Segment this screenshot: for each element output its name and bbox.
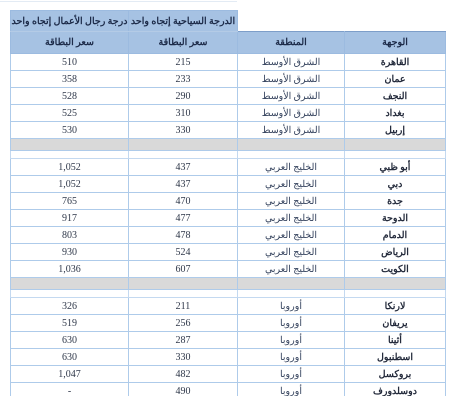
business-price-cell: 525 [11,105,129,122]
spacer-cell [11,278,129,290]
region-cell: أوروبا [238,298,345,315]
table-row: دبيالخليج العربي4371,052 [11,176,446,193]
spacer-cell [11,139,129,151]
region-cell: الشرق الأوسط [238,122,345,139]
region-cell: أوروبا [238,366,345,383]
destination-cell: القاهرة [345,54,446,71]
region-cell: الخليج العربي [238,261,345,278]
destination-cell: إربيل [345,122,446,139]
section-spacer-row [11,278,446,290]
header-blank-cell [345,11,446,32]
destination-cell: الدمام [345,227,446,244]
destination-cell: جدة [345,193,446,210]
business-price-cell: 510 [11,54,129,71]
table-row: أبو ظبيالخليج العربي4371,052 [11,159,446,176]
header-row-columns: الوجهة المنطقة سعر البطاقة سعر البطاقة [11,32,446,54]
business-price-cell: 1,052 [11,159,129,176]
economy-price-cell: 470 [129,193,238,210]
region-cell: الخليج العربي [238,193,345,210]
destination-cell: أثينا [345,332,446,349]
region-cell: الخليج العربي [238,176,345,193]
table-row: اسطنبولأوروبا330630 [11,349,446,366]
business-price-cell: 1,047 [11,366,129,383]
spacer-cell [345,139,446,151]
table-row: إربيلالشرق الأوسط330530 [11,122,446,139]
destination-cell: أبو ظبي [345,159,446,176]
business-price-cell: 519 [11,315,129,332]
spacer-cell [238,290,345,298]
destination-cell: النجف [345,88,446,105]
destination-cell: اسطنبول [345,349,446,366]
economy-price-cell: 330 [129,349,238,366]
economy-price-cell: 524 [129,244,238,261]
business-class-header: درجة رجال الأعمال إتجاه واحد [11,11,129,32]
table-row: لارنكاأوروبا211326 [11,298,446,315]
region-cell: الشرق الأوسط [238,88,345,105]
region-cell: الخليج العربي [238,210,345,227]
region-cell: أوروبا [238,349,345,366]
table-body: القاهرةالشرق الأوسط215510عمانالشرق الأوس… [11,54,446,396]
business-price-column-header: سعر البطاقة [11,32,129,54]
economy-price-cell: 437 [129,176,238,193]
section-gap-row [11,151,446,159]
spacer-cell [345,290,446,298]
table-row: الدمامالخليج العربي478803 [11,227,446,244]
table-row: الكويتالخليج العربي6071,036 [11,261,446,278]
section-spacer-row [11,139,446,151]
destination-cell: يريفان [345,315,446,332]
business-price-cell: 630 [11,349,129,366]
spacer-cell [238,151,345,159]
economy-price-cell: 477 [129,210,238,227]
spacer-cell [129,290,238,298]
economy-price-cell: 310 [129,105,238,122]
spacer-cell [129,151,238,159]
region-cell: الخليج العربي [238,227,345,244]
business-price-cell: 1,036 [11,261,129,278]
economy-price-cell: 490 [129,383,238,396]
business-price-cell: 630 [11,332,129,349]
table-row: القاهرةالشرق الأوسط215510 [11,54,446,71]
spacer-cell [345,151,446,159]
region-cell: أوروبا [238,383,345,396]
business-price-cell: 803 [11,227,129,244]
fares-table: الدرجة السياحية إتجاه واحد درجة رجال الأ… [10,10,446,396]
header-row-class-titles: الدرجة السياحية إتجاه واحد درجة رجال الأ… [11,11,446,32]
page-top-divider [0,1,237,2]
destination-cell: بغداد [345,105,446,122]
destination-cell: الرياض [345,244,446,261]
region-cell: أوروبا [238,332,345,349]
destination-cell: دوسلدورف [345,383,446,396]
table-row: النجفالشرق الأوسط290528 [11,88,446,105]
table-row: بروكسلأوروبا4821,047 [11,366,446,383]
destination-cell: دبي [345,176,446,193]
header-blank-cell [238,11,345,32]
region-cell: الشرق الأوسط [238,105,345,122]
economy-price-cell: 482 [129,366,238,383]
economy-price-cell: 478 [129,227,238,244]
business-price-cell: 358 [11,71,129,88]
table-row: دوسلدورفأوروبا490- [11,383,446,396]
economy-price-cell: 211 [129,298,238,315]
business-price-cell: 528 [11,88,129,105]
economy-price-column-header: سعر البطاقة [129,32,238,54]
spacer-cell [129,139,238,151]
destination-cell: الدوحة [345,210,446,227]
business-price-cell: 530 [11,122,129,139]
business-price-cell: 1,052 [11,176,129,193]
business-price-cell: - [11,383,129,396]
economy-price-cell: 233 [129,71,238,88]
spacer-cell [129,278,238,290]
destination-cell: عمان [345,71,446,88]
table-row: عمانالشرق الأوسط233358 [11,71,446,88]
economy-price-cell: 215 [129,54,238,71]
region-cell: الشرق الأوسط [238,54,345,71]
economy-price-cell: 437 [129,159,238,176]
table-row: بغدادالشرق الأوسط310525 [11,105,446,122]
destination-cell: بروكسل [345,366,446,383]
economy-price-cell: 607 [129,261,238,278]
economy-class-header: الدرجة السياحية إتجاه واحد [129,11,238,32]
business-price-cell: 326 [11,298,129,315]
region-column-header: المنطقة [238,32,345,54]
business-price-cell: 930 [11,244,129,261]
table-row: يريفانأوروبا256519 [11,315,446,332]
spacer-cell [11,151,129,159]
table-row: جدةالخليج العربي470765 [11,193,446,210]
region-cell: الخليج العربي [238,244,345,261]
economy-price-cell: 256 [129,315,238,332]
spacer-cell [345,278,446,290]
region-cell: الخليج العربي [238,159,345,176]
table-row: الرياضالخليج العربي524930 [11,244,446,261]
economy-price-cell: 290 [129,88,238,105]
table-row: الدوحةالخليج العربي477917 [11,210,446,227]
section-gap-row [11,290,446,298]
table-row: أثيناأوروبا287630 [11,332,446,349]
destination-cell: لارنكا [345,298,446,315]
destination-cell: الكويت [345,261,446,278]
spacer-cell [238,278,345,290]
business-price-cell: 917 [11,210,129,227]
spacer-cell [238,139,345,151]
spacer-cell [11,290,129,298]
economy-price-cell: 287 [129,332,238,349]
economy-price-cell: 330 [129,122,238,139]
region-cell: الشرق الأوسط [238,71,345,88]
business-price-cell: 765 [11,193,129,210]
region-cell: أوروبا [238,315,345,332]
fares-table-page: الدرجة السياحية إتجاه واحد درجة رجال الأ… [0,0,450,396]
destination-column-header: الوجهة [345,32,446,54]
